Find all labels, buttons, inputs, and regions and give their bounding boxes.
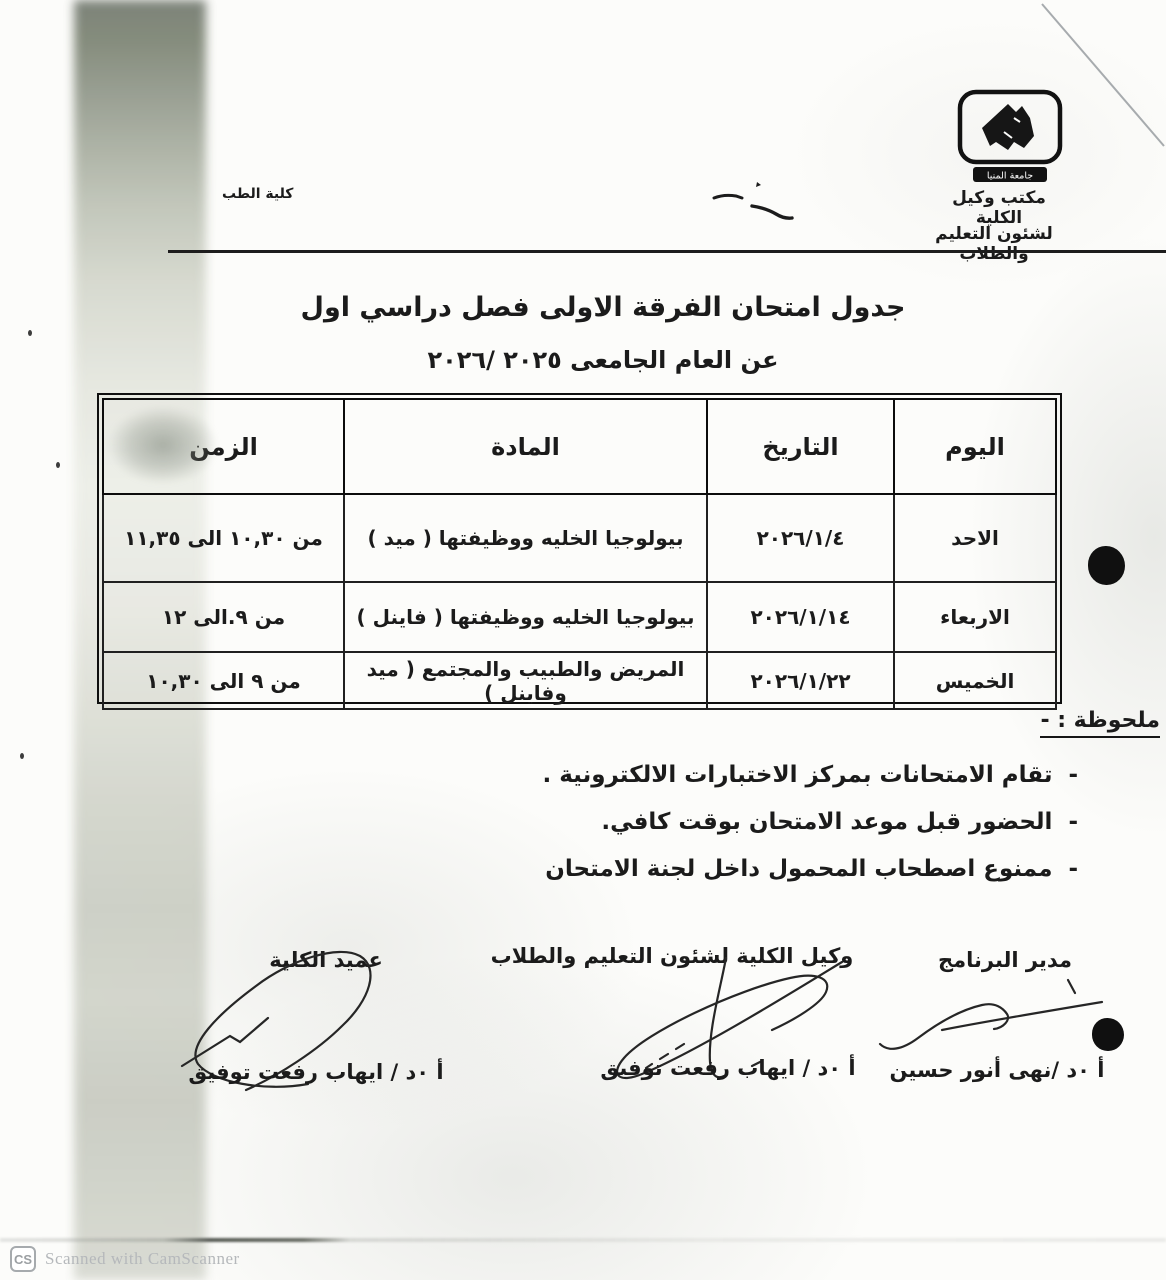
- program-director-title: مدير البرنامج: [902, 948, 1108, 972]
- header-date: التاريخ: [707, 399, 894, 494]
- cell-time: من ٩ الى ١٠,٣٠: [103, 652, 344, 709]
- header-time-label: الزمن: [189, 433, 258, 461]
- scan-edge-streak: [0, 1238, 1166, 1242]
- faculty-name: كلية الطب: [222, 186, 293, 202]
- note-dash: -: [1068, 799, 1078, 846]
- letterhead-rule: [168, 250, 1166, 253]
- table-header-row: اليوم التاريخ المادة الزمن: [103, 399, 1056, 494]
- notes-label: ملحوظة : -: [1040, 708, 1160, 738]
- scanned-document-page: جامعة المنيا مكتب وكيل الكلية لشئون التع…: [0, 0, 1166, 1280]
- ink-speck: [56, 462, 60, 468]
- ink-scribble: [700, 162, 830, 232]
- hole-punch-dot: [1088, 546, 1125, 585]
- note-dash: -: [1068, 752, 1078, 799]
- table-row: الاحد ٢٠٢٦/١/٤ بيولوجيا الخليه ووظيفتها …: [103, 494, 1056, 582]
- cell-day: الخميس: [894, 652, 1056, 709]
- note-text: تقام الامتحانات بمركز الاختبارات الالكتر…: [542, 752, 1052, 799]
- university-logo: جامعة المنيا: [956, 88, 1064, 186]
- note-item: - ممنوع اصطحاب المحمول داخل لجنة الامتحا…: [518, 846, 1078, 893]
- cell-date: ٢٠٢٦/١/١٤: [707, 582, 894, 652]
- cell-time: من ٩.الى ١٢: [103, 582, 344, 652]
- exam-schedule-table: اليوم التاريخ المادة الزمن الاحد ٢٠٢٦/١/…: [97, 393, 1062, 704]
- cell-day: الاحد: [894, 494, 1056, 582]
- table-row: الاربعاء ٢٠٢٦/١/١٤ بيولوجيا الخليه ووظيف…: [103, 582, 1056, 652]
- cell-subject: بيولوجيا الخليه ووظيفتها ( فاينل ): [344, 582, 707, 652]
- header-subject: المادة: [344, 399, 707, 494]
- table-row: الخميس ٢٠٢٦/١/٢٢ المريض والطبيب والمجتمع…: [103, 652, 1056, 709]
- cell-day: الاربعاء: [894, 582, 1056, 652]
- camscanner-watermark: CS Scanned with CamScanner: [10, 1246, 240, 1272]
- cell-time: من ١٠,٣٠ الى ١١,٣٥: [103, 494, 344, 582]
- notes-list: - تقام الامتحانات بمركز الاختبارات الالك…: [518, 752, 1078, 893]
- document-title-line1: جدول امتحان الفرقة الاولى فصل دراسي اول: [258, 292, 948, 323]
- cell-date: ٢٠٢٦/١/٢٢: [707, 652, 894, 709]
- note-dash: -: [1068, 846, 1078, 893]
- camscanner-text: Scanned with CamScanner: [45, 1249, 240, 1269]
- program-director-name: أ ٠د /نهى أنور حسين: [878, 1058, 1116, 1082]
- ink-speck: [20, 753, 24, 759]
- note-item: - الحضور قبل موعد الامتحان بوقت كافي.: [518, 799, 1078, 846]
- cell-subject: المريض والطبيب والمجتمع ( ميد وفاينل ): [344, 652, 707, 709]
- camscanner-icon: CS: [10, 1246, 36, 1272]
- dean-name: أ ٠د / ايهاب رفعت توفيق: [182, 1060, 450, 1084]
- cell-date: ٢٠٢٦/١/٤: [707, 494, 894, 582]
- note-text: الحضور قبل موعد الامتحان بوقت كافي.: [601, 799, 1052, 846]
- program-director-signature: [872, 972, 1112, 1064]
- note-item: - تقام الامتحانات بمركز الاختبارات الالك…: [518, 752, 1078, 799]
- logo-banner-label: جامعة المنيا: [987, 171, 1033, 182]
- header-time: الزمن: [103, 399, 344, 494]
- vice-dean-name: أ ٠د / ايهاب رفعت توفيق: [594, 1056, 862, 1080]
- document-title-line2: عن العام الجامعى ٢٠٢٥ /٢٠٢٦: [258, 346, 948, 374]
- cell-subject: بيولوجيا الخليه ووظيفتها ( ميد ): [344, 494, 707, 582]
- nefertiti-silhouette: [982, 104, 1034, 150]
- note-text: ممنوع اصطحاب المحمول داخل لجنة الامتحان: [545, 846, 1052, 893]
- office-line1: مكتب وكيل الكلية: [926, 188, 1072, 228]
- office-line2: لشئون التعليم والطلاب: [910, 224, 1078, 264]
- ink-speck: [28, 330, 32, 336]
- header-day: اليوم: [894, 399, 1056, 494]
